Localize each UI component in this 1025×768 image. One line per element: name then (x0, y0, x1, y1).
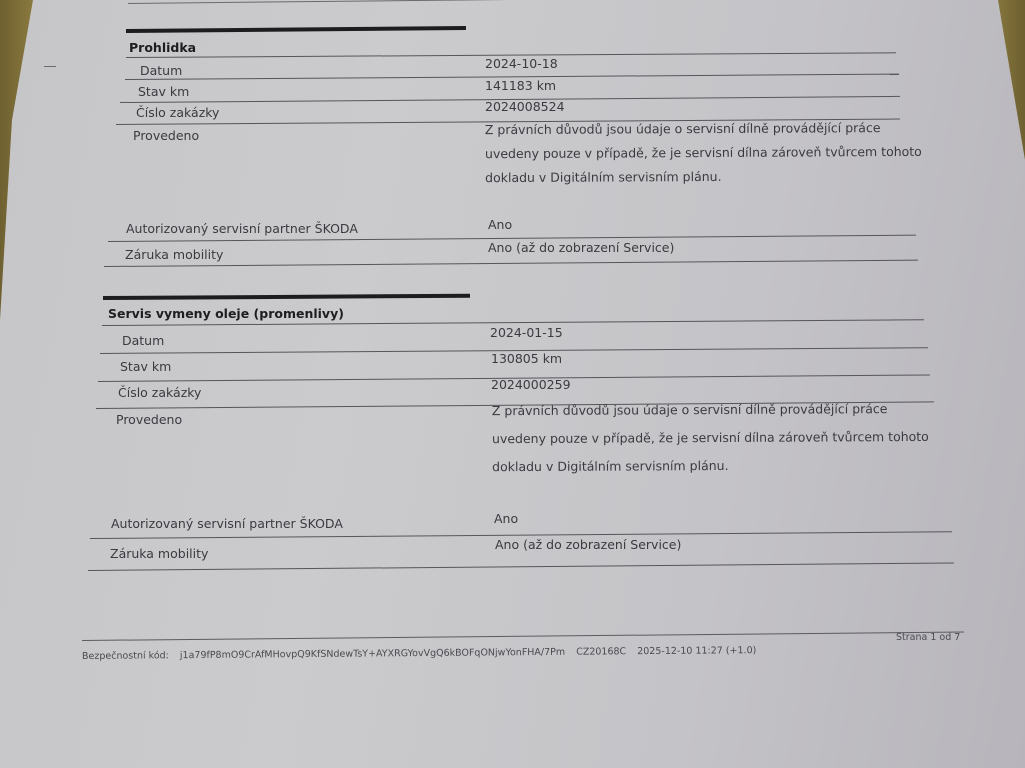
security-code: j1a79fP8mO9CrAfMHovpQ9KfSNdewTsY+AYXRGYo… (180, 647, 565, 661)
footer-security-line: Bezpečnostní kód: j1a79fP8mO9CrAfMHovpQ9… (82, 645, 764, 662)
value-order-number: 2024008524 (485, 99, 565, 114)
section-title-oil-service: Servis vymeny oleje (promenlivy) (108, 306, 344, 321)
label-order-number: Číslo zakázky (136, 105, 219, 120)
top-rule (128, 0, 948, 4)
document-code: CZ20168C (576, 646, 626, 657)
value-performed: Z právních důvodů jsou údaje o servisní … (485, 116, 925, 190)
label-date: Datum (122, 333, 164, 348)
label-performed: Provedeno (133, 128, 199, 143)
row-rule (88, 562, 954, 571)
value-authorized-partner: Ano (494, 511, 518, 526)
value-order-number: 2024000259 (491, 377, 571, 392)
value-mobility-warranty: Ano (až do zobrazení Service) (488, 240, 674, 255)
value-date: 2024-01-15 (490, 325, 563, 340)
value-date: 2024-10-18 (485, 56, 558, 71)
value-mobility-warranty: Ano (až do zobrazení Service) (495, 537, 681, 552)
label-order-number: Číslo zakázky (118, 385, 201, 400)
label-mobility-warranty: Záruka mobility (110, 546, 208, 561)
label-mobility-warranty: Záruka mobility (125, 247, 223, 262)
label-authorized-partner: Autorizovaný servisní partner ŠKODA (111, 516, 343, 531)
security-code-label: Bezpečnostní kód: (82, 650, 169, 662)
row-rule (104, 260, 918, 267)
label-authorized-partner: Autorizovaný servisní partner ŠKODA (126, 221, 358, 236)
label-km: Stav km (138, 84, 189, 99)
document-page: Prohlidka Datum 2024-10-18 Stav km 14118… (0, 0, 1025, 768)
section-bar (103, 294, 470, 300)
print-timestamp: 2025-12-10 11:27 (+1.0) (637, 645, 756, 657)
label-km: Stav km (120, 359, 171, 374)
value-performed: Z právních důvodů jsou údaje o servisní … (492, 395, 942, 481)
value-authorized-partner: Ano (488, 217, 512, 232)
section-title-inspection: Prohlidka (129, 40, 196, 55)
margin-mark (44, 66, 56, 67)
value-km: 130805 km (491, 351, 562, 366)
label-date: Datum (140, 63, 182, 78)
value-km: 141183 km (485, 78, 556, 93)
section-bar (126, 26, 466, 33)
label-performed: Provedeno (116, 412, 182, 427)
page-number: Strana 1 od 7 (896, 632, 960, 643)
footer-rule (82, 632, 964, 641)
